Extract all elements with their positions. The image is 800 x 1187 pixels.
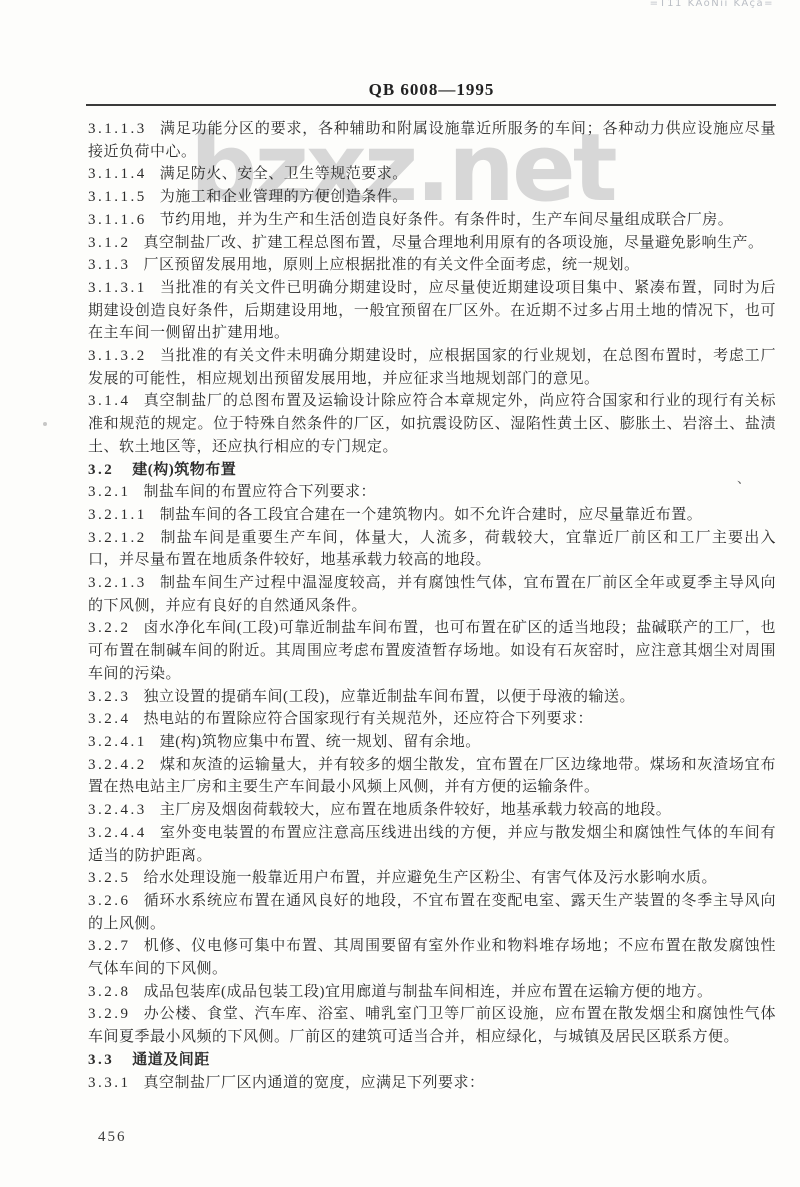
clause-text: 真空制盐厂的总图布置及运输设计除应符合本章规定外，尚应符合国家和行业的现行有关标… [88, 393, 776, 454]
clause-text: 为施工和企业管理的方便创造条件。 [160, 189, 408, 205]
clause-paragraph: 3.2.1.2制盐车间是重要生产车间，体量大，人流多，荷载较大，宜靠近厂前区和工… [88, 527, 776, 572]
clause-number: 3.1.1.4 [88, 166, 160, 182]
clause-text: 建(构)筑物布置 [132, 462, 236, 478]
clause-number: 3.2.1.1 [88, 507, 160, 523]
clause-text: 满足功能分区的要求，各种辅助和附属设施靠近所服务的车间；各种动力供应设施应尽量接… [88, 121, 776, 160]
clause-text: 节约用地，并为生产和生活创造良好条件。有条件时，生产车间尽量组成联合厂房。 [160, 212, 734, 228]
clause-number: 3.1.1.6 [88, 212, 160, 228]
clause-paragraph: 3.2.9办公楼、食堂、汽车库、浴室、哺乳室门卫等厂前区设施，应布置在散发烟尘和… [88, 1003, 776, 1048]
clause-number: 3.2.4 [88, 711, 144, 727]
clause-paragraph: 3.2.4.1建(构)筑物应集中布置、统一规划、留有余地。 [88, 731, 776, 754]
clause-text: 建(构)筑物应集中布置、统一规划、留有余地。 [160, 734, 481, 750]
clause-number: 3.1.1.5 [88, 189, 160, 205]
clause-text: 办公楼、食堂、汽车库、浴室、哺乳室门卫等厂前区设施，应布置在散发烟尘和腐蚀性气体… [88, 1006, 776, 1045]
clause-number: 3.2.1.3 [88, 575, 160, 591]
clause-text: 煤和灰渣的运输量大，并有较多的烟尘散发，宜布置在厂区边缘地带。煤场和灰渣场宜布置… [88, 757, 776, 796]
clause-paragraph: 3.1.3.1当批准的有关文件已明确分期建设时，应尽量使近期建设项目集中、紧凑布… [88, 277, 776, 345]
clause-paragraph: 3.2.5给水处理设施一般靠近用户布置，并应避免生产区粉尘、有害气体及污水影响水… [88, 867, 776, 890]
clause-paragraph: 3.1.1.6节约用地，并为生产和生活创造良好条件。有条件时，生产车间尽量组成联… [88, 209, 776, 232]
clause-paragraph: 3.2.8成品包装库(成品包装工段)宜用廊道与制盐车间相连，并应布置在运输方便的… [88, 981, 776, 1004]
page-number: 456 [98, 1129, 127, 1146]
clause-number: 3.2.1.2 [88, 530, 160, 546]
clause-number: 3.2.4.2 [88, 757, 160, 773]
clause-number: 3.2.8 [88, 984, 144, 1000]
clause-paragraph: 3.2.4.4室外变电装置的布置应注意高压线进出线的方便，并应与散发烟尘和腐蚀性… [88, 822, 776, 867]
scan-artifact-speck [43, 422, 47, 426]
clause-number: 3.3.1 [88, 1075, 144, 1091]
clause-number: 3.2.3 [88, 689, 144, 705]
clause-paragraph: 3.2.4.3主厂房及烟囱荷载较大，应布置在地质条件较好，地基承载力较高的地段。 [88, 799, 776, 822]
clause-paragraph: 3.2.1制盐车间的布置应符合下列要求： [88, 481, 776, 504]
clause-number: 3.2.6 [88, 893, 144, 909]
clause-number: 3.2.4.3 [88, 802, 160, 818]
clause-paragraph: 3.1.3厂区预留发展用地，原则上应根据批准的有关文件全面考虑，统一规划。 [88, 254, 776, 277]
scan-artifact-text: =T11 KAöNii KAça= [650, 0, 774, 9]
clause-text: 成品包装库(成品包装工段)宜用廊道与制盐车间相连，并应布置在运输方便的地方。 [144, 984, 713, 1000]
clause-number: 3.1.3 [88, 257, 144, 273]
clause-text: 循环水系统应布置在通风良好的地段，不宜布置在变配电室、露天生产装置的冬季主导风向… [88, 893, 776, 932]
clause-text: 热电站的布置除应符合国家现行有关规范外，还应符合下列要求： [144, 711, 594, 727]
clause-text: 通道及间距 [132, 1052, 210, 1068]
clause-text: 制盐车间的布置应符合下列要求： [144, 484, 377, 500]
clause-text: 真空制盐厂厂区内通道的宽度，应满足下列要求： [144, 1075, 485, 1091]
scan-artifact-stray-mark: 、 [737, 468, 750, 487]
clause-number: 3.1.4 [88, 393, 144, 409]
clause-paragraph: 3.2.7机修、仪电修可集中布置、其周围要留有室外作业和物料堆存场地；不应布置在… [88, 935, 776, 980]
clause-paragraph: 3.1.1.3满足功能分区的要求，各种辅助和附属设施靠近所服务的车间；各种动力供… [88, 118, 776, 163]
clause-text: 真空制盐厂改、扩建工程总图布置，尽量合理地利用原有的各项设施，尽量避免影响生产。 [144, 235, 764, 251]
clause-text: 给水处理设施一般靠近用户布置，并应避免生产区粉尘、有害气体及污水影响水质。 [144, 870, 718, 886]
clause-text: 制盐车间的各工段宜合建在一个建筑物内。如不允许合建时，应尽量靠近布置。 [160, 507, 703, 523]
clause-text: 制盐车间生产过程中温湿度较高，并有腐蚀性气体，宜布置在厂前区全年或夏季主导风向的… [88, 575, 776, 614]
clause-paragraph: 3.1.3.2当批准的有关文件未明确分期建设时，应根据国家的行业规划，在总图布置… [88, 345, 776, 390]
clause-number: 3.1.1.3 [88, 121, 160, 137]
clause-number: 3.1.3.2 [88, 348, 160, 364]
clause-text: 卤水净化车间(工段)可靠近制盐车间布置，也可布置在矿区的适当地段；盐碱联产的工厂… [88, 620, 776, 681]
clause-number: 3.2.5 [88, 870, 144, 886]
clause-number: 3.2.4.4 [88, 825, 160, 841]
clause-number: 3.2 [88, 462, 132, 478]
clause-paragraph: 3.2.1.1制盐车间的各工段宜合建在一个建筑物内。如不允许合建时，应尽量靠近布… [88, 504, 776, 527]
clause-paragraph: 3.1.1.5为施工和企业管理的方便创造条件。 [88, 186, 776, 209]
clause-text: 机修、仪电修可集中布置、其周围要留有室外作业和物料堆存场地；不应布置在散发腐蚀性… [88, 938, 776, 977]
clause-text: 当批准的有关文件已明确分期建设时，应尽量使近期建设项目集中、紧凑布置，同时为后期… [88, 280, 776, 341]
clause-paragraph: 3.3通道及间距 [88, 1049, 776, 1072]
clause-paragraph: 3.2.4热电站的布置除应符合国家现行有关规范外，还应符合下列要求： [88, 708, 776, 731]
clause-paragraph: 3.2.4.2煤和灰渣的运输量大，并有较多的烟尘散发，宜布置在厂区边缘地带。煤场… [88, 754, 776, 799]
clause-text: 独立设置的提硝车间(工段)，应靠近制盐车间布置，以便于母液的输送。 [144, 689, 636, 705]
clause-paragraph: 3.2.1.3制盐车间生产过程中温湿度较高，并有腐蚀性气体，宜布置在厂前区全年或… [88, 572, 776, 617]
clause-number: 3.3 [88, 1052, 132, 1068]
clause-number: 3.2.7 [88, 938, 144, 954]
clause-number: 3.1.2 [88, 235, 144, 251]
clause-text: 满足防火、安全、卫生等规范要求。 [160, 166, 408, 182]
clause-paragraph: 3.3.1真空制盐厂厂区内通道的宽度，应满足下列要求： [88, 1072, 776, 1095]
clause-number: 3.2.4.1 [88, 734, 160, 750]
clause-text: 室外变电装置的布置应注意高压线进出线的方便，并应与散发烟尘和腐蚀性气体的车间有适… [88, 825, 776, 864]
clause-number: 3.1.3.1 [88, 280, 160, 296]
clause-paragraph: 3.2建(构)筑物布置 [88, 459, 776, 482]
clause-paragraph: 3.1.2真空制盐厂改、扩建工程总图布置，尽量合理地利用原有的各项设施，尽量避免… [88, 232, 776, 255]
clause-text: 制盐车间是重要生产车间，体量大，人流多，荷载较大，宜靠近厂前区和工厂主要出入口，… [88, 530, 776, 569]
header-rule [86, 104, 776, 106]
document-code-header: QB 6008—1995 [88, 80, 775, 100]
clause-number: 3.2.2 [88, 620, 144, 636]
clause-paragraph: 3.1.4真空制盐厂的总图布置及运输设计除应符合本章规定外，尚应符合国家和行业的… [88, 390, 776, 458]
clause-text: 当批准的有关文件未明确分期建设时，应根据国家的行业规划，在总图布置时，考虑工厂发… [88, 348, 776, 387]
clause-number: 3.2.1 [88, 484, 144, 500]
clause-text: 厂区预留发展用地，原则上应根据批准的有关文件全面考虑，统一规划。 [144, 257, 640, 273]
clause-number: 3.2.9 [88, 1006, 144, 1022]
scanned-document-page: =T11 KAöNii KAça= QB 6008—1995 bzxz.net … [0, 0, 800, 1187]
document-body: 3.1.1.3满足功能分区的要求，各种辅助和附属设施靠近所服务的车间；各种动力供… [88, 118, 776, 1094]
clause-text: 主厂房及烟囱荷载较大，应布置在地质条件较好，地基承载力较高的地段。 [160, 802, 672, 818]
clause-paragraph: 3.2.3独立设置的提硝车间(工段)，应靠近制盐车间布置，以便于母液的输送。 [88, 686, 776, 709]
clause-paragraph: 3.1.1.4满足防火、安全、卫生等规范要求。 [88, 163, 776, 186]
clause-paragraph: 3.2.6循环水系统应布置在通风良好的地段，不宜布置在变配电室、露天生产装置的冬… [88, 890, 776, 935]
clause-paragraph: 3.2.2卤水净化车间(工段)可靠近制盐车间布置，也可布置在矿区的适当地段；盐碱… [88, 617, 776, 685]
